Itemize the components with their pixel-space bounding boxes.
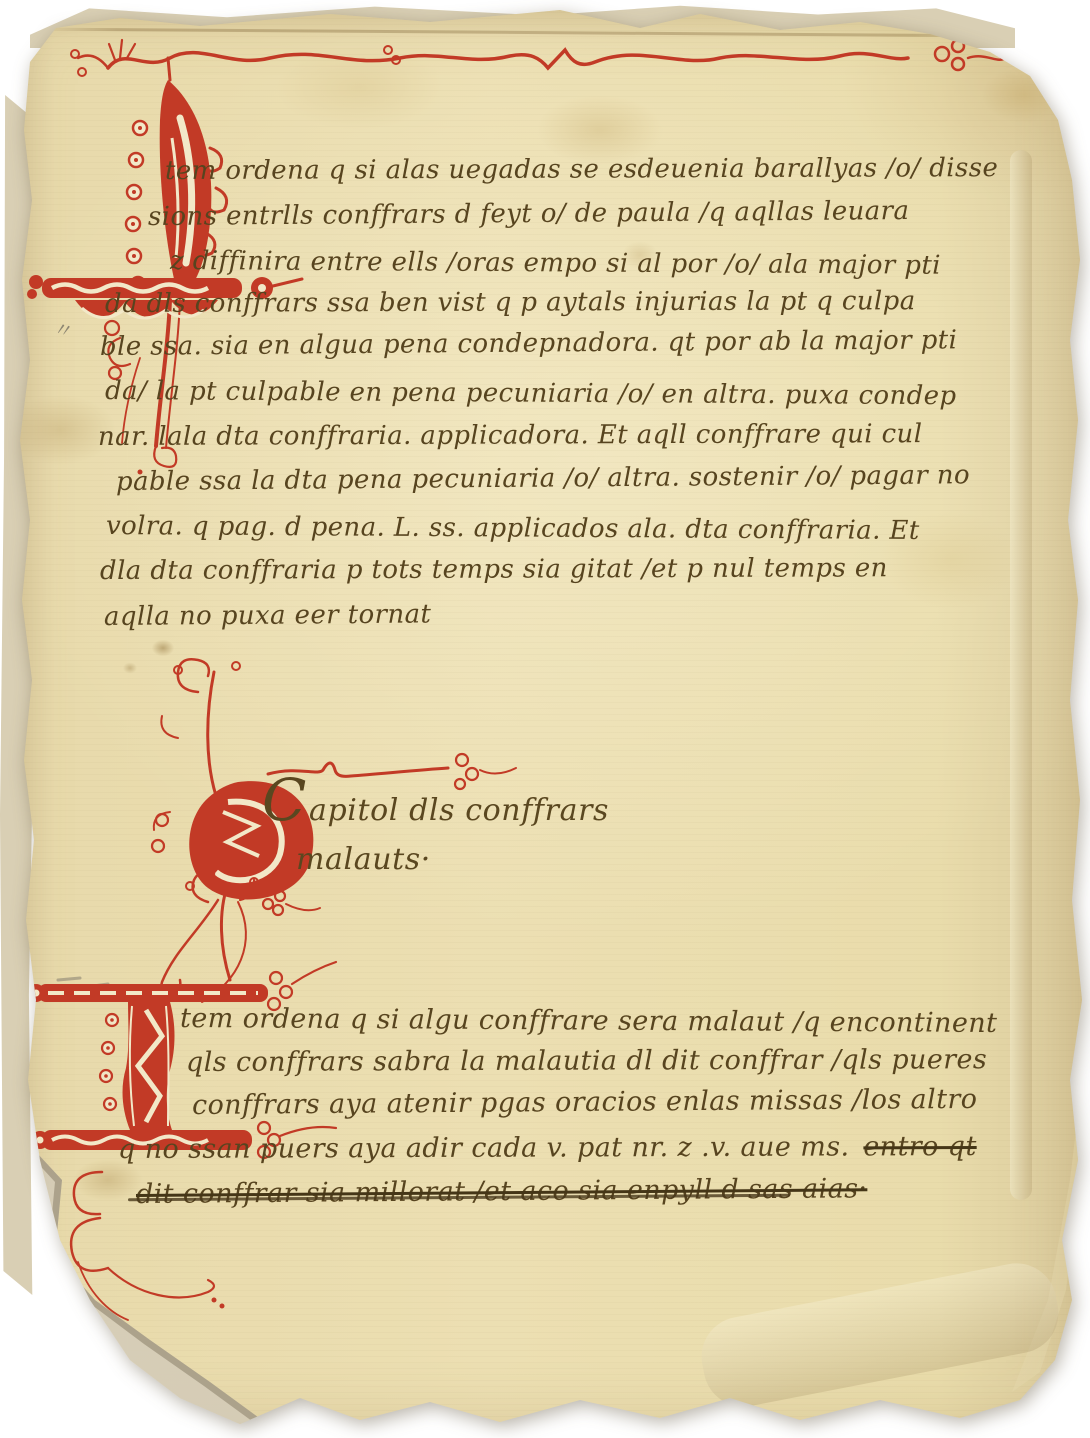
crease-right xyxy=(1010,150,1032,1200)
manuscript-line: z diffinira entre ells /oras empo si al … xyxy=(170,247,941,280)
struck-manuscript-line: dit conffrar sia millorat /et aco sia en… xyxy=(136,1174,868,1209)
manuscript-line: volra. q pag. d pena. L. ss. applicados … xyxy=(106,512,920,546)
line-text: q no ssan puers aya adir cada v. pat nr.… xyxy=(118,1131,850,1165)
parchment-page: tem ordena q si alas uegadas se esdeueni… xyxy=(0,0,1090,1438)
manuscript-line: tem ordena q si alas uegadas se esdeueni… xyxy=(165,154,998,186)
heading-line-2: malauts· xyxy=(296,845,431,875)
heading-text: apitol dls conffrars xyxy=(309,793,609,828)
manuscript-line: q no ssan puers aya adir cada v. pat nr.… xyxy=(118,1132,977,1165)
manuscript-line: nar. lala dta conffraria. applicadora. E… xyxy=(98,420,922,451)
manuscript-line: da dls conffrars ssa ben vist q p aytals… xyxy=(105,287,916,318)
manuscript-line: qls conffrars sabra la malautia dl dit c… xyxy=(186,1045,987,1077)
heading-initial-cap: C xyxy=(262,766,307,834)
manuscript-line: tem ordena q si algu conffrare sera mala… xyxy=(180,1004,997,1039)
sheet-wrap: tem ordena q si alas uegadas se esdeueni… xyxy=(0,0,1090,1438)
manuscript-line: dla dta conffraria p tots temps sia gita… xyxy=(100,554,888,585)
manuscript-line: pable ssa la dta pena pecuniaria /o/ alt… xyxy=(116,461,970,496)
heading-line-1: Capitol dls conffrars xyxy=(262,796,609,826)
struck-words: entro qt xyxy=(863,1131,976,1162)
manuscript-scan: tem ordena q si alas uegadas se esdeueni… xyxy=(0,0,1090,1438)
manuscript-line: aqlla no puxa eer tornat xyxy=(104,600,432,631)
manuscript-line: da/ la pt culpable en pena pecuniaria /o… xyxy=(105,377,957,411)
manuscript-line: sions entrlls conffrars d feyt o/ de pau… xyxy=(148,197,910,232)
manuscript-line: conffrars aya atenir pgas oracios enlas … xyxy=(192,1085,978,1121)
